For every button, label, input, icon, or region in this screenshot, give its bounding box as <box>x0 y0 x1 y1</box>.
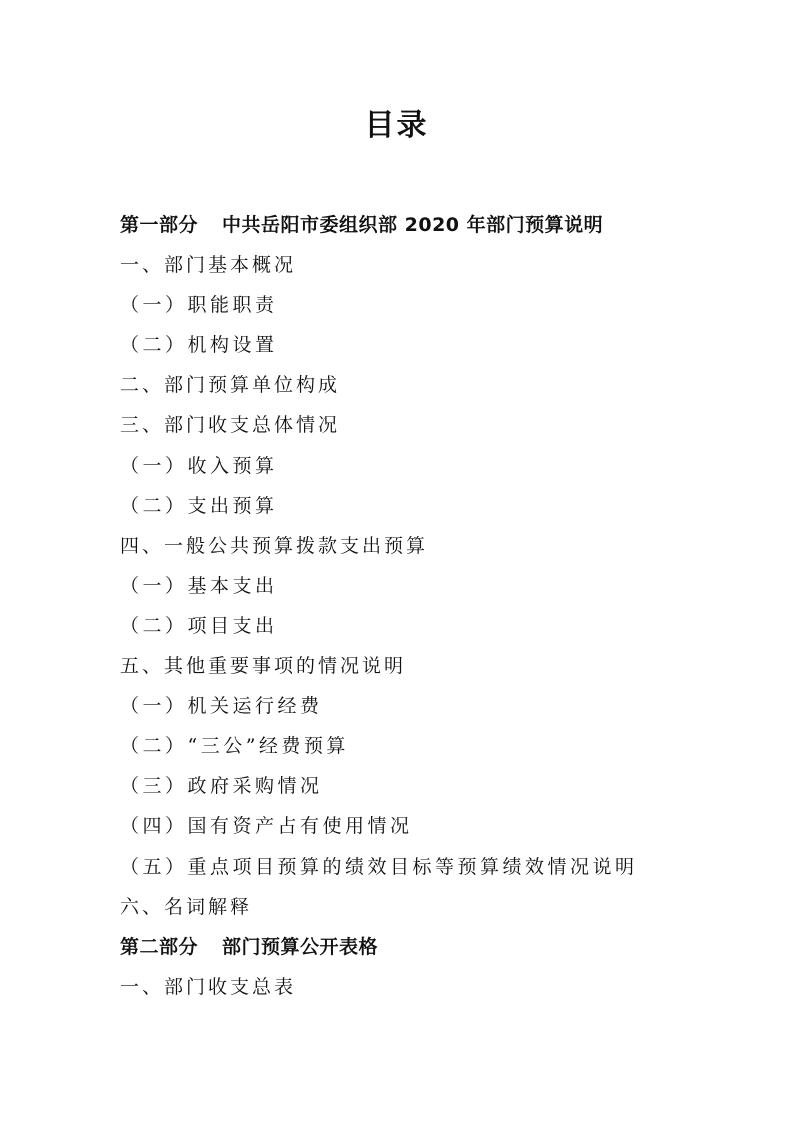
table-of-contents: 第一部分中共岳阳市委组织部 2020 年部门预算说明 一、部门基本概况 （一）职… <box>120 205 680 1007</box>
toc-item[interactable]: 六、名词解释 <box>120 887 680 927</box>
toc-item[interactable]: （一）收入预算 <box>120 446 680 486</box>
toc-part-1[interactable]: 第一部分中共岳阳市委组织部 2020 年部门预算说明 <box>120 205 680 245</box>
toc-item[interactable]: （二）项目支出 <box>120 606 680 646</box>
toc-item[interactable]: （一）职能职责 <box>120 285 680 325</box>
toc-item[interactable]: 一、部门收支总表 <box>120 967 680 1007</box>
toc-item[interactable]: （二）机构设置 <box>120 325 680 365</box>
toc-item[interactable]: （一）机关运行经费 <box>120 686 680 726</box>
toc-item[interactable]: （二）“三公”经费预算 <box>120 726 680 766</box>
toc-part-2[interactable]: 第二部分部门预算公开表格 <box>120 927 680 967</box>
toc-item[interactable]: （一）基本支出 <box>120 566 680 606</box>
toc-item[interactable]: （四）国有资产占有使用情况 <box>120 806 680 846</box>
part-label: 第二部分 <box>120 936 198 958</box>
toc-item[interactable]: 二、部门预算单位构成 <box>120 365 680 405</box>
toc-item[interactable]: 五、其他重要事项的情况说明 <box>120 646 680 686</box>
toc-item[interactable]: （五）重点项目预算的绩效目标等预算绩效情况说明 <box>120 847 680 887</box>
toc-item[interactable]: 四、一般公共预算拨款支出预算 <box>120 526 680 566</box>
toc-item[interactable]: 三、部门收支总体情况 <box>120 405 680 445</box>
part-label: 第一部分 <box>120 214 198 236</box>
toc-item[interactable]: （二）支出预算 <box>120 486 680 526</box>
page-title: 目录 <box>0 106 793 146</box>
toc-item[interactable]: （三）政府采购情况 <box>120 766 680 806</box>
part-title: 中共岳阳市委组织部 2020 年部门预算说明 <box>222 214 603 236</box>
part-title: 部门预算公开表格 <box>222 936 378 958</box>
toc-item[interactable]: 一、部门基本概况 <box>120 245 680 285</box>
